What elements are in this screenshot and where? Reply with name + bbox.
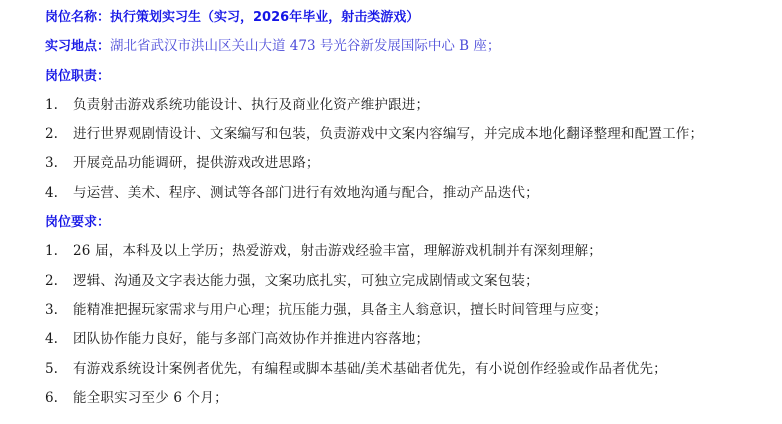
list-text: 能全职实习至少 6 个月； [73, 384, 228, 413]
list-number: 2. [45, 267, 73, 296]
job-title-line: 岗位名称：执行策划实习生（实习，2026年毕业，射击类游戏） [45, 3, 782, 32]
responsibilities-heading-line: 岗位职责： [45, 62, 782, 91]
list-text: 团队协作能力良好，能与多部门高效协作并推进内容落地； [73, 325, 429, 354]
location-label: 实习地点： [45, 39, 110, 54]
list-number: 2. [45, 120, 73, 149]
requirement-item: 4. 团队协作能力良好，能与多部门高效协作并推进内容落地； [45, 325, 782, 354]
list-number: 3. [45, 296, 73, 325]
job-title-value: 执行策划实习生（实习，2026年毕业，射击类游戏） [110, 10, 419, 25]
list-text: 能精准把握玩家需求与用户心理；抗压能力强，具备主人翁意识，擅长时间管理与应变； [73, 296, 607, 325]
list-text: 逻辑、沟通及文字表达能力强，文案功底扎实，可独立完成剧情或文案包装； [73, 267, 539, 296]
requirement-item: 6. 能全职实习至少 6 个月； [45, 384, 782, 413]
responsibilities-heading: 岗位职责： [45, 69, 110, 84]
list-text: 有游戏系统设计案例者优先，有编程或脚本基础/美术基础者优先，有小说创作经验或作品… [73, 355, 667, 384]
list-number: 4. [45, 179, 73, 208]
location-line: 实习地点：湖北省武汉市洪山区关山大道 473 号光谷新发展国际中心 B 座； [45, 32, 782, 61]
location-value: 湖北省武汉市洪山区关山大道 473 号光谷新发展国际中心 B 座； [110, 38, 500, 54]
list-number: 3. [45, 149, 73, 178]
list-number: 4. [45, 325, 73, 354]
list-text: 开展竞品功能调研，提供游戏改进思路； [73, 149, 320, 178]
list-text: 与运营、美术、程序、测试等各部门进行有效地沟通与配合，推动产品迭代； [73, 179, 539, 208]
responsibility-item: 1. 负责射击游戏系统功能设计、执行及商业化资产维护跟进； [45, 91, 782, 120]
list-number: 5. [45, 355, 73, 384]
responsibility-item: 3. 开展竞品功能调研，提供游戏改进思路； [45, 149, 782, 178]
list-number: 1. [45, 237, 73, 266]
requirements-heading-line: 岗位要求： [45, 208, 782, 237]
list-text: 负责射击游戏系统功能设计、执行及商业化资产维护跟进； [73, 91, 429, 120]
responsibility-item: 2. 进行世界观剧情设计、文案编写和包装，负责游戏中文案内容编写，并完成本地化翻… [45, 120, 782, 149]
list-number: 1. [45, 91, 73, 120]
requirement-item: 3. 能精准把握玩家需求与用户心理；抗压能力强，具备主人翁意识，擅长时间管理与应… [45, 296, 782, 325]
requirements-heading: 岗位要求： [45, 215, 110, 230]
job-title-label: 岗位名称： [45, 10, 110, 25]
list-text: 进行世界观剧情设计、文案编写和包装，负责游戏中文案内容编写，并完成本地化翻译整理… [73, 120, 703, 149]
list-number: 6. [45, 384, 73, 413]
list-text: 26 届，本科及以上学历；热爱游戏，射击游戏经验丰富，理解游戏机制并有深刻理解； [73, 237, 602, 266]
responsibility-item: 4. 与运营、美术、程序、测试等各部门进行有效地沟通与配合，推动产品迭代； [45, 179, 782, 208]
job-posting-document: 岗位名称：执行策划实习生（实习，2026年毕业，射击类游戏） 实习地点：湖北省武… [45, 3, 782, 413]
requirement-item: 2. 逻辑、沟通及文字表达能力强，文案功底扎实，可独立完成剧情或文案包装； [45, 267, 782, 296]
requirement-item: 1. 26 届，本科及以上学历；热爱游戏，射击游戏经验丰富，理解游戏机制并有深刻… [45, 237, 782, 266]
requirement-item: 5. 有游戏系统设计案例者优先，有编程或脚本基础/美术基础者优先，有小说创作经验… [45, 355, 782, 384]
